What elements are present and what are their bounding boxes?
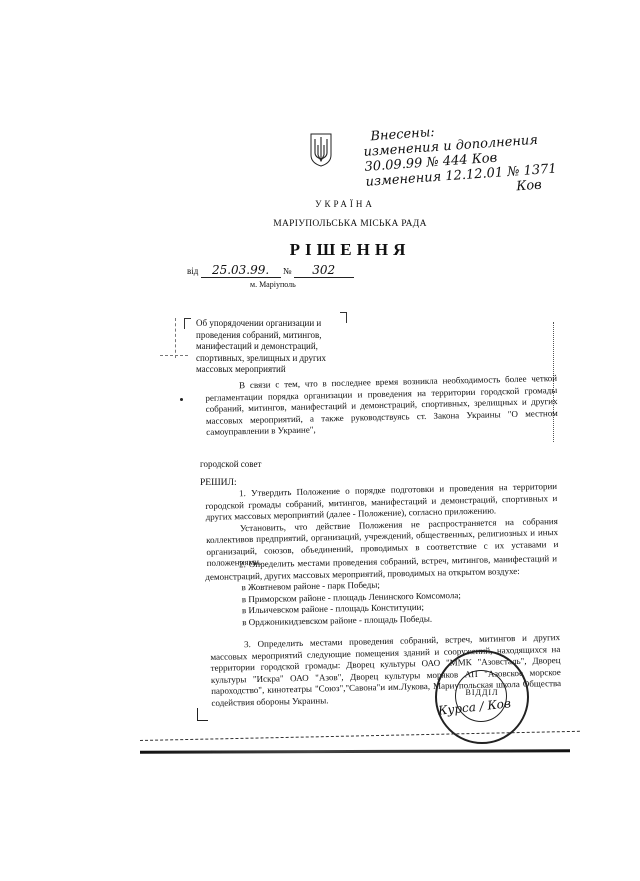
decision-number: 302	[294, 263, 354, 278]
decision-subject: Об упорядочении организации и проведения…	[196, 318, 336, 376]
resolved-heading: РЕШИЛ:	[200, 478, 237, 488]
decision-date: 25.03.99.	[201, 263, 281, 278]
corner-mark	[197, 708, 208, 721]
preamble-paragraph: В связи с тем, что в последнее время воз…	[205, 373, 558, 438]
council-label: городской совет	[200, 459, 261, 469]
council-name: МАРІУПОЛЬСЬКА МІСЬКА РАДА	[230, 219, 470, 229]
subject-bracket-right	[340, 312, 347, 323]
city-name: м. Маріуполь	[250, 280, 296, 289]
number-prefix: №	[283, 266, 292, 276]
margin-mark	[175, 318, 177, 358]
clause-2-block: 2. Определить местами проведения собрани…	[205, 553, 558, 629]
date-number-line: від 25.03.99. № 302	[187, 263, 354, 278]
subject-bracket-left	[184, 318, 191, 329]
date-prefix: від	[187, 266, 198, 276]
scan-speck	[180, 398, 183, 401]
country-name: УКРАЇНА	[265, 199, 425, 209]
document-title: РІШЕННЯ	[250, 240, 450, 260]
trident-emblem-icon	[309, 131, 333, 167]
scan-rule	[140, 749, 570, 754]
handwritten-amendment-note: Внесены: изменения и дополнения 30.09.99…	[362, 116, 567, 205]
scan-rule	[140, 731, 580, 741]
margin-mark	[160, 355, 188, 356]
stamp-text: ВІДДІЛ	[460, 688, 504, 697]
